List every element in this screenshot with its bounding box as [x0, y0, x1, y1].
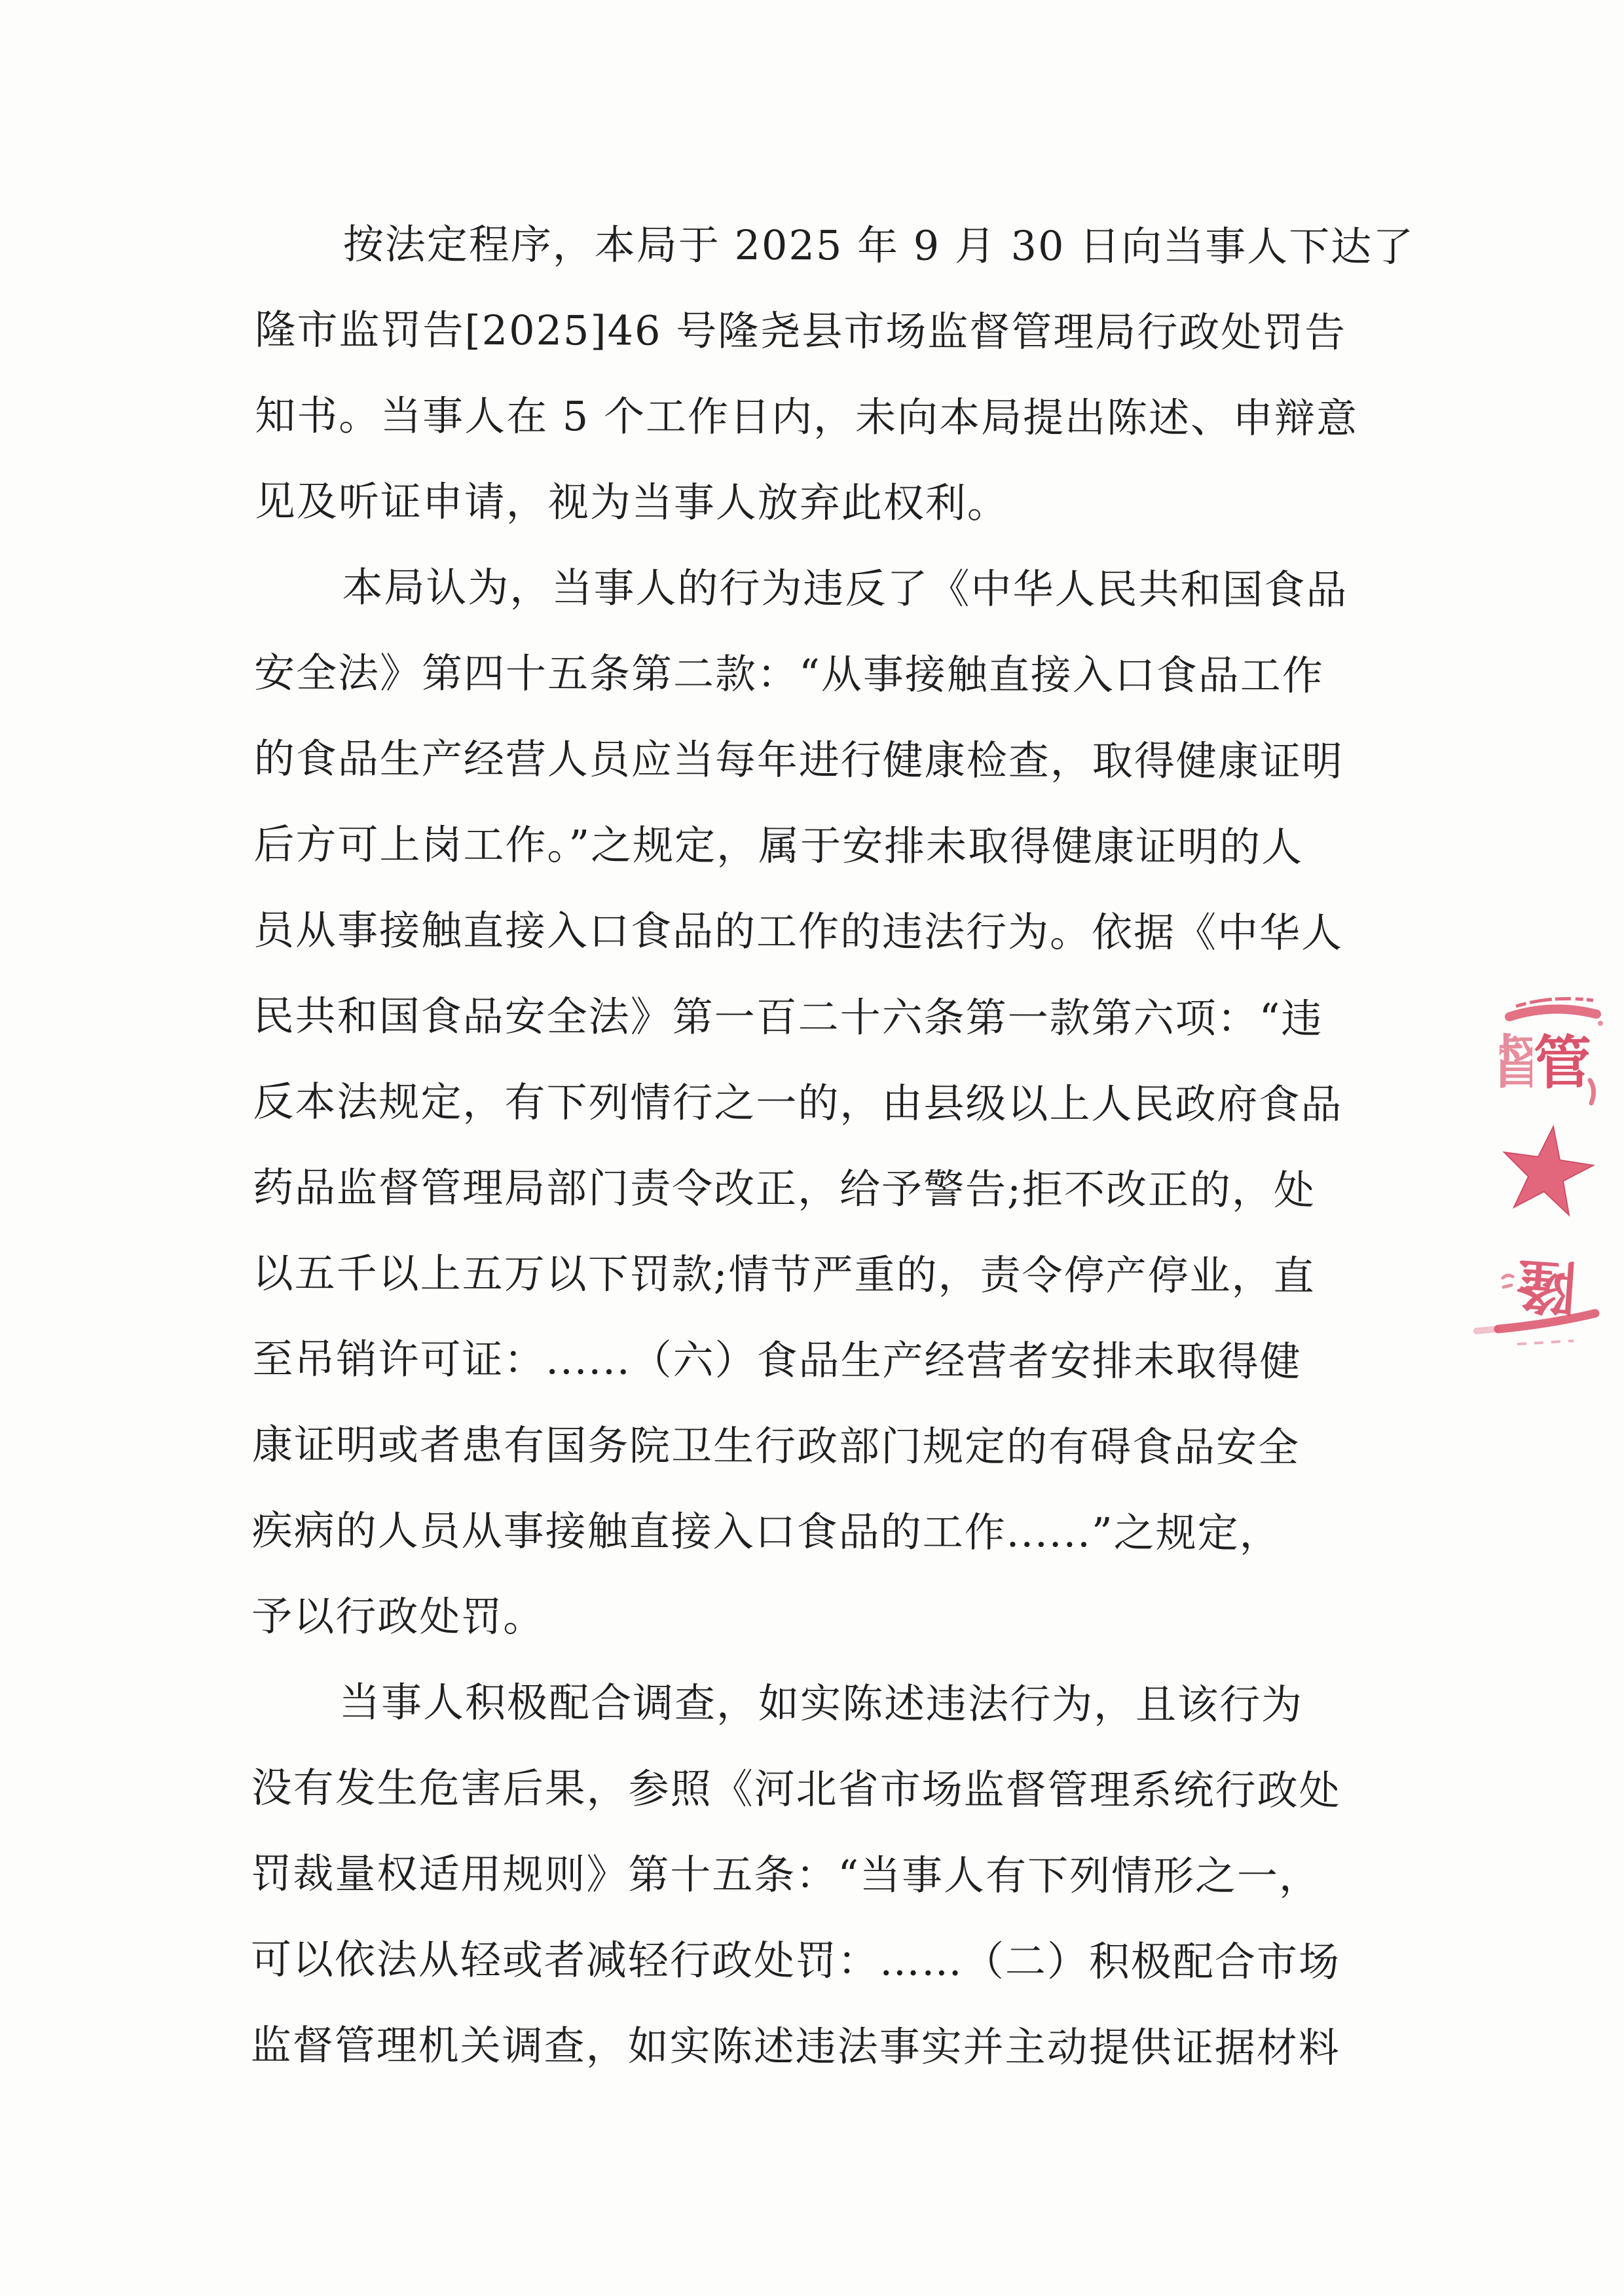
text-line: 的食品生产经营人员应当每年进行健康检查，取得健康证明 — [254, 716, 1426, 805]
text-line: 没有发生危害后果，参照《河北省市场监督管理系统行政处 — [251, 1745, 1423, 1834]
text-line: 见及听证申请，视为当事人放弃此权利。 — [255, 458, 1427, 547]
text-line: 员从事接触直接入口食品的工作的违法行为。依据《中华人 — [253, 887, 1426, 976]
text-line: 至吊销许可证：......（六）食品生产经营者安排未取得健 — [252, 1316, 1424, 1405]
seal-star-icon — [1504, 1127, 1593, 1215]
text-line: 反本法规定，有下列情行之一的，由县级以上人民政府食品 — [253, 1059, 1425, 1148]
seal-char-top: 管 — [1534, 1029, 1591, 1097]
text-line: 本局认为，当事人的行为违反了《中华人民共和国食品 — [254, 544, 1426, 633]
text-line: 按法定程序，本局于 2025 年 9 月 30 日向当事人下达了 — [255, 201, 1428, 290]
seal-char-partial: 督 — [1489, 1028, 1547, 1096]
seal-ring-arc-thin — [1516, 998, 1593, 1006]
scanned-document-page: 按法定程序，本局于 2025 年 9 月 30 日向当事人下达了 隆市监罚告[2… — [0, 0, 1624, 2296]
text-line: 当事人积极配合调查，如实陈述违法行为，且该行为 — [251, 1659, 1424, 1748]
seal-bottom-dashes — [1517, 1341, 1574, 1344]
seal-bottom-arc-faded — [1477, 1329, 1497, 1331]
seal-char-bottom: 隆 — [1515, 1249, 1578, 1322]
official-red-seal-stamp: 督 管 隆 — [1467, 943, 1624, 1375]
document-text-block: 按法定程序，本局于 2025 年 9 月 30 日向当事人下达了 隆市监罚告[2… — [250, 201, 1428, 2091]
text-line: 予以行政处罚。 — [251, 1573, 1424, 1662]
text-line: 安全法》第四十五条第二款：“从事接触直接入口食品工作 — [254, 630, 1426, 719]
text-line: 后方可上岗工作。”之规定，属于安排未取得健康证明的人 — [253, 801, 1426, 890]
text-line: 康证明或者患有国务院卫生行政部门规定的有碍食品安全 — [252, 1402, 1424, 1491]
text-line: 疾病的人员从事接触直接入口食品的工作......”之规定， — [252, 1487, 1424, 1576]
text-line: 罚裁量权适用规则》第十五条：“当事人有下列情形之一， — [251, 1831, 1423, 1920]
text-line: 以五千以上五万以下罚款;情节严重的，责令停产停业，直 — [253, 1230, 1425, 1319]
seal-ink-fleck — [1598, 1021, 1603, 1026]
text-line: 监督管理机关调查，如实陈述违法事实并主动提供证据材料 — [250, 2002, 1422, 2091]
seal-char-fragment — [1590, 1080, 1594, 1103]
seal-bottom-arc — [1498, 1313, 1595, 1329]
text-line: 民共和国食品安全法》第一百二十六条第一款第六项：“违 — [253, 973, 1426, 1062]
seal-ink-curl — [1503, 1275, 1513, 1287]
text-line: 隆市监罚告[2025]46 号隆尧县市场监督管理局行政处罚告 — [255, 287, 1427, 376]
seal-ring-arc-thick — [1509, 1009, 1596, 1017]
text-line: 药品监督管理局部门责令改正，给予警告;拒不改正的，处 — [253, 1144, 1425, 1233]
text-line: 知书。当事人在 5 个工作日内，未向本局提出陈述、申辩意 — [255, 373, 1427, 462]
text-line: 可以依法从轻或者减轻行政处罚：……（二）积极配合市场 — [251, 1916, 1423, 2005]
